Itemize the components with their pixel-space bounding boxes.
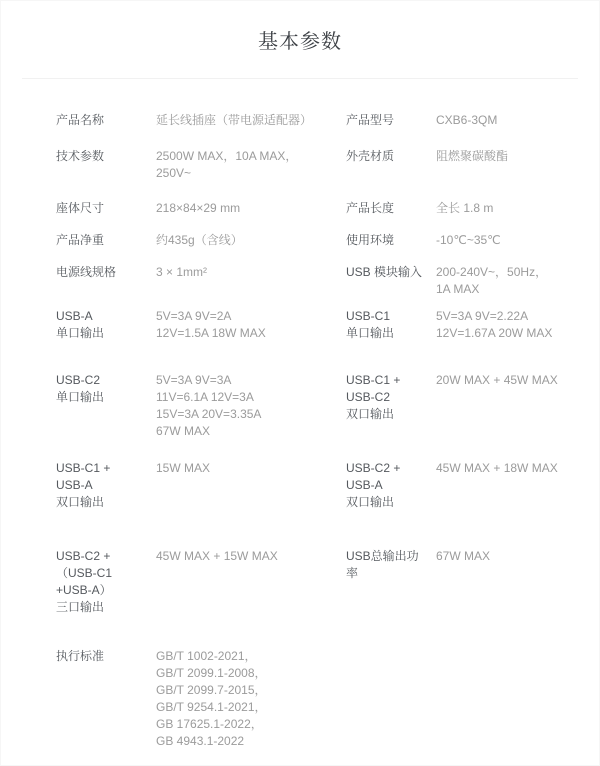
spec-value: 延长线插座（带电源适配器） — [156, 112, 346, 129]
spec-label: 产品型号 — [346, 112, 436, 129]
spec-value: 5V=3A 9V=2.22A 12V=1.67A 20W MAX — [436, 308, 594, 342]
spec-row: 电源线规格 3 × 1mm² USB 模块输入 200-240V~，50Hz， … — [56, 264, 594, 308]
spec-label: 执行标准 — [56, 648, 156, 665]
spec-value: 20W MAX + 45W MAX — [436, 372, 594, 389]
spec-sheet-page: 基本参数 产品名称 延长线插座（带电源适配器） 产品型号 CXB6-3QM 技术… — [0, 0, 600, 766]
spec-row: 产品名称 延长线插座（带电源适配器） 产品型号 CXB6-3QM — [56, 112, 594, 148]
spec-label: USB-C2 单口输出 — [56, 372, 156, 406]
spec-label: 技术参数 — [56, 148, 156, 165]
spec-value: 45W MAX + 15W MAX — [156, 548, 346, 565]
spec-label: 电源线规格 — [56, 264, 156, 281]
spec-value: 67W MAX — [436, 548, 594, 565]
spec-table: 产品名称 延长线插座（带电源适配器） 产品型号 CXB6-3QM 技术参数 25… — [1, 112, 599, 750]
spec-label: USB-C2 + （USB-C1 +USB-A） 三口输出 — [56, 548, 156, 616]
spec-row: 座体尺寸 218×84×29 mm 产品长度 全长 1.8 m — [56, 200, 594, 232]
spec-value: 15W MAX — [156, 460, 346, 477]
spec-label: USB总输出功率 — [346, 548, 436, 582]
spec-value: 218×84×29 mm — [156, 200, 346, 217]
spec-label: USB-C1 + USB-A 双口输出 — [56, 460, 156, 511]
spec-row: 技术参数 2500W MAX，10A MAX， 250V~ 外壳材质 阻燃聚碳酸… — [56, 148, 594, 200]
spec-label: USB-A 单口输出 — [56, 308, 156, 342]
spec-value: CXB6-3QM — [436, 112, 594, 129]
spec-value: 45W MAX + 18W MAX — [436, 460, 594, 477]
spec-value: 阻燃聚碳酸酯 — [436, 148, 594, 165]
spec-label: 产品净重 — [56, 232, 156, 249]
spec-row: USB-C2 + （USB-C1 +USB-A） 三口输出 45W MAX + … — [56, 548, 594, 648]
spec-value: 全长 1.8 m — [436, 200, 594, 217]
spec-label: 座体尺寸 — [56, 200, 156, 217]
spec-label: USB-C1 + USB-C2 双口输出 — [346, 372, 436, 423]
spec-value: 5V=3A 9V=3A 11V=6.1A 12V=3A 15V=3A 20V=3… — [156, 372, 346, 440]
spec-label: 产品名称 — [56, 112, 156, 129]
spec-value: 5V=3A 9V=2A 12V=1.5A 18W MAX — [156, 308, 346, 342]
spec-label: 使用环境 — [346, 232, 436, 249]
spec-row: 执行标准 GB/T 1002-2021， GB/T 2099.1-2008， G… — [56, 648, 594, 750]
spec-row: USB-C1 + USB-A 双口输出 15W MAX USB-C2 + USB… — [56, 460, 594, 548]
spec-label: 产品长度 — [346, 200, 436, 217]
spec-value: 200-240V~，50Hz， 1A MAX — [436, 264, 594, 298]
spec-row: 产品净重 约435g（含线） 使用环境 -10℃~35℃ — [56, 232, 594, 264]
spec-value: GB/T 1002-2021， GB/T 2099.1-2008， GB/T 2… — [156, 648, 346, 750]
spec-value: 2500W MAX，10A MAX， 250V~ — [156, 148, 346, 182]
spec-row: USB-A 单口输出 5V=3A 9V=2A 12V=1.5A 18W MAX … — [56, 308, 594, 372]
page-title: 基本参数 — [1, 28, 599, 56]
spec-label: USB-C1 单口输出 — [346, 308, 436, 342]
spec-value: 约435g（含线） — [156, 232, 346, 249]
spec-label: USB 模块输入 — [346, 264, 436, 281]
spec-label: USB-C2 + USB-A 双口输出 — [346, 460, 436, 511]
spec-row: USB-C2 单口输出 5V=3A 9V=3A 11V=6.1A 12V=3A … — [56, 372, 594, 460]
spec-label: 外壳材质 — [346, 148, 436, 165]
spec-value: -10℃~35℃ — [436, 232, 594, 249]
section-divider — [22, 78, 578, 79]
spec-value: 3 × 1mm² — [156, 264, 346, 281]
